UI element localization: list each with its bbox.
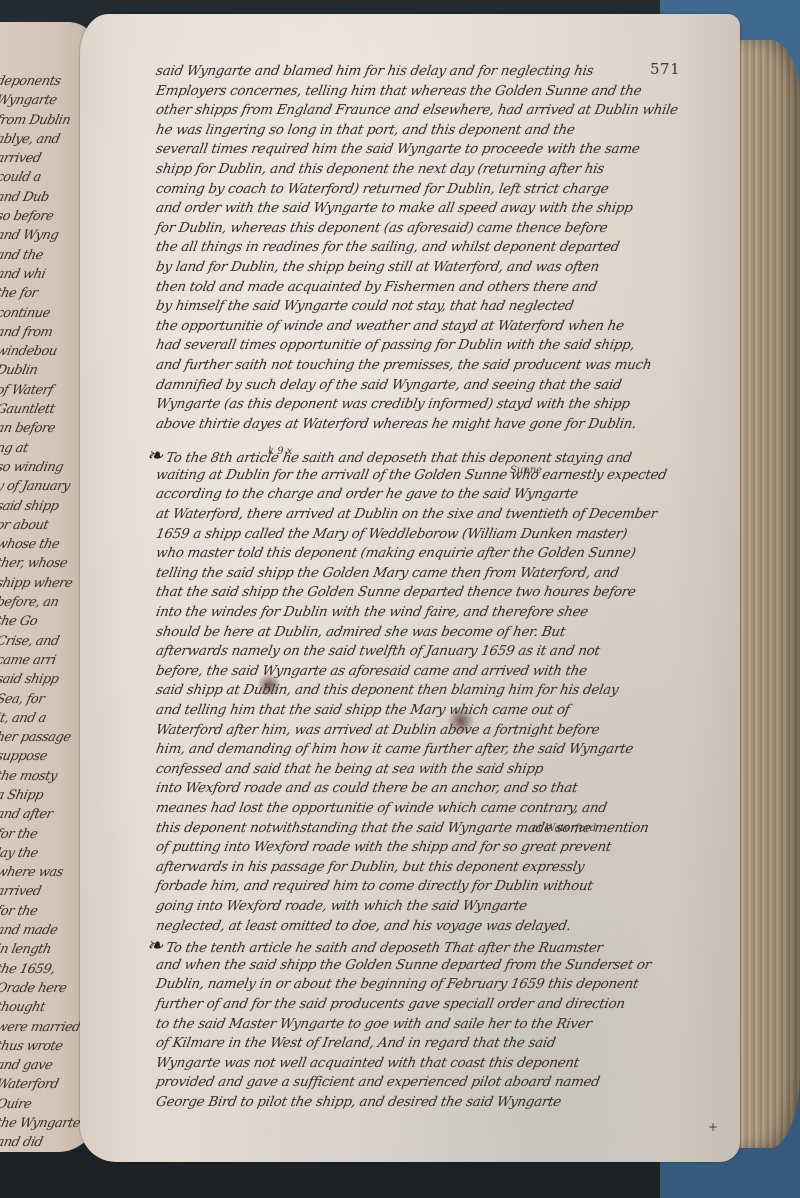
handwritten-line: and when the said shipp the Golden Sunne…: [146, 956, 729, 976]
handwritten-line: before, the said Wyngarte as aforesaid c…: [146, 662, 729, 682]
line-text: that the said shipp the Golden Sunne dep…: [155, 584, 637, 600]
marginal-note: k 9 x: [268, 446, 292, 457]
handwritten-line: Waterford after him, was arrived at Dubl…: [146, 721, 729, 741]
line-text: forbade him, and required him to come di…: [155, 878, 594, 894]
handwritten-line: shipp for Dublin, and this deponent the …: [146, 160, 729, 180]
line-text: the all things in readines for the saili…: [155, 239, 621, 255]
line-text: of Kilmare in the West of Ireland, And i…: [155, 1035, 557, 1051]
handwritten-line: into the windes for Dublin with the wind…: [146, 603, 729, 623]
handwritten-line: above thirtie dayes at Waterford whereas…: [146, 415, 729, 435]
line-text: Waterford after him, was arrived at Dubl…: [155, 722, 601, 738]
line-text: and order with the said Wyngarte to make…: [155, 200, 634, 216]
handwritten-line: severall times required him the said Wyn…: [146, 140, 729, 160]
interlinear-note: Sunne: [510, 465, 542, 476]
line-text: Wyngarte was not well acquainted with th…: [155, 1055, 581, 1071]
line-text: George Bird to pilot the shipp, and desi…: [155, 1094, 563, 1110]
handwritten-line: confessed and said that he being at sea …: [146, 760, 729, 780]
line-text: coming by coach to Waterford) returned f…: [155, 181, 610, 197]
handwritten-line: should be here at Dublin, admired she wa…: [146, 623, 729, 643]
handwritten-line: Wyngarte (as this deponent was credibly …: [146, 395, 729, 415]
handwritten-line: that the said shipp the Golden Sunne dep…: [146, 583, 729, 603]
line-text: waiting at Dublin for the arrivall of th…: [155, 467, 668, 483]
paragraph-flourish-icon: ❧: [146, 446, 166, 466]
handwritten-line: meanes had lost the opportunitie of wind…: [146, 799, 729, 819]
handwritten-line: going into Wexford roade, with which the…: [146, 897, 729, 917]
line-text: shipp for Dublin, and this deponent the …: [155, 161, 606, 177]
handwritten-line: and further saith not touching the premi…: [146, 356, 729, 376]
line-text: he was lingering so long in that port, a…: [155, 122, 576, 138]
line-text: to the said Master Wyngarte to goe with …: [155, 1016, 593, 1032]
handwritten-line: by land for Dublin, the shipp being stil…: [146, 258, 729, 278]
interlinear-note: at Waterford: [532, 823, 596, 834]
handwritten-line: of putting into Wexford roade with the s…: [146, 838, 729, 858]
handwritten-line: ❧To the tenth article he saith and depos…: [146, 936, 729, 956]
handwritten-line: George Bird to pilot the shipp, and desi…: [146, 1093, 729, 1113]
line-text: should be here at Dublin, admired she wa…: [155, 624, 567, 640]
handwritten-line: waiting at Dublin for the arrivall of th…: [146, 466, 729, 486]
line-text: who master told this deponent (making en…: [155, 545, 637, 561]
paragraph-2: ❧To the 8th article he saith and deposet…: [148, 446, 728, 936]
handwritten-line: and order with the said Wyngarte to make…: [146, 199, 729, 219]
line-text: him, and demanding of him how it came fu…: [155, 741, 635, 757]
line-text: before, the said Wyngarte as aforesaid c…: [155, 663, 588, 679]
handwritten-line: this deponent notwithstanding that the s…: [146, 819, 729, 839]
handwritten-line: afterwards namely on the said twelfth of…: [146, 642, 729, 662]
handwritten-line: and telling him that the said shipp the …: [146, 701, 729, 721]
handwritten-line: for Dublin, whereas this deponent (as af…: [146, 219, 729, 239]
line-text: damnified by such delay of the said Wyng…: [155, 377, 623, 393]
handwritten-line: said Wyngarte and blamed him for his del…: [146, 62, 729, 82]
line-text: afterwards namely on the said twelfth of…: [155, 643, 601, 659]
paragraph-1: said Wyngarte and blamed him for his del…: [148, 62, 728, 434]
handwritten-line: forbade him, and required him to come di…: [146, 877, 729, 897]
handwritten-line: ❧To the 8th article he saith and deposet…: [146, 446, 729, 466]
handwritten-line: Dublin, namely in or about the beginning…: [146, 975, 729, 995]
handwritten-line: other shipps from England Fraunce and el…: [146, 101, 729, 121]
line-text: To the 8th article he saith and deposeth…: [165, 450, 633, 466]
handwritten-line: telling the said shipp the Golden Mary c…: [146, 564, 729, 584]
handwritten-line: then told and made acquainted by Fisherm…: [146, 278, 729, 298]
handwritten-line: had severall times opportunitie of passi…: [146, 336, 729, 356]
handwritten-line: him, and demanding of him how it came fu…: [146, 740, 729, 760]
line-text: the opportunitie of winde and weather an…: [155, 318, 625, 334]
line-text: Dublin, namely in or about the beginning…: [155, 976, 640, 992]
handwritten-line: he was lingering so long in that port, a…: [146, 121, 729, 141]
line-text: 1659 a shipp called the Mary of Weddlebo…: [155, 526, 629, 542]
line-text: further of and for the said producents g…: [155, 996, 626, 1012]
line-text: other shipps from England Fraunce and el…: [155, 102, 679, 118]
manuscript-text: said Wyngarte and blamed him for his del…: [148, 62, 728, 1112]
handwritten-line: neglected, at least omitted to doe, and …: [146, 917, 729, 937]
handwritten-line: of Kilmare in the West of Ireland, And i…: [146, 1034, 729, 1054]
line-text: and telling him that the said shipp the …: [155, 702, 571, 718]
paragraph-flourish-icon: ❧: [146, 936, 166, 956]
line-text: provided and gave a sufficient and exper…: [155, 1074, 601, 1090]
line-text: above thirtie dayes at Waterford whereas…: [155, 416, 638, 432]
corner-mark: +: [708, 1120, 718, 1134]
handwritten-line: Wyngarte was not well acquainted with th…: [146, 1054, 729, 1074]
line-text: said Wyngarte and blamed him for his del…: [155, 63, 595, 79]
line-text: into Wexford roade and as could there be…: [155, 780, 579, 796]
line-text: of putting into Wexford roade with the s…: [155, 839, 613, 855]
line-text: then told and made acquainted by Fisherm…: [155, 279, 599, 295]
handwritten-line: to the said Master Wyngarte to goe with …: [146, 1015, 729, 1035]
line-text: said shipp at Dublin, and this deponent …: [155, 682, 620, 698]
handwritten-line: said shipp at Dublin, and this deponent …: [146, 681, 729, 701]
line-text: at Waterford, there arrived at Dublin on…: [155, 506, 659, 522]
handwritten-line: Employers concernes, telling him that wh…: [146, 82, 729, 102]
handwritten-line: according to the charge and order he gav…: [146, 485, 729, 505]
line-text: afterwards in his passage for Dublin, bu…: [155, 859, 586, 875]
line-text: To the tenth article he saith and depose…: [165, 940, 604, 956]
line-text: by himself the said Wyngarte could not s…: [155, 298, 575, 314]
handwritten-line: afterwards in his passage for Dublin, bu…: [146, 858, 729, 878]
handwritten-line: further of and for the said producents g…: [146, 995, 729, 1015]
handwritten-line: into Wexford roade and as could there be…: [146, 779, 729, 799]
handwritten-line: damnified by such delay of the said Wyng…: [146, 376, 729, 396]
line-text: and further saith not touching the premi…: [155, 357, 653, 373]
handwritten-line: at Waterford, there arrived at Dublin on…: [146, 505, 729, 525]
line-text: into the windes for Dublin with the wind…: [155, 604, 590, 620]
line-text: Wyngarte (as this deponent was credibly …: [155, 396, 631, 412]
line-text: and when the said shipp the Golden Sunne…: [155, 957, 653, 973]
handwritten-line: provided and gave a sufficient and exper…: [146, 1073, 729, 1093]
line-text: according to the charge and order he gav…: [155, 486, 580, 502]
paragraph-3: ❧To the tenth article he saith and depos…: [148, 936, 728, 1112]
handwritten-line: coming by coach to Waterford) returned f…: [146, 180, 729, 200]
handwritten-line: who master told this deponent (making en…: [146, 544, 729, 564]
line-text: confessed and said that he being at sea …: [155, 761, 545, 777]
line-text: severall times required him the said Wyn…: [155, 141, 641, 157]
line-text: neglected, at least omitted to doe, and …: [155, 918, 572, 934]
line-text: for Dublin, whereas this deponent (as af…: [155, 220, 609, 236]
line-text: telling the said shipp the Golden Mary c…: [155, 565, 620, 581]
handwritten-line: the opportunitie of winde and weather an…: [146, 317, 729, 337]
handwritten-line: by himself the said Wyngarte could not s…: [146, 297, 729, 317]
line-text: had severall times opportunitie of passi…: [155, 337, 636, 353]
handwritten-line: the all things in readines for the saili…: [146, 238, 729, 258]
handwritten-line: 1659 a shipp called the Mary of Weddlebo…: [146, 525, 729, 545]
line-text: meanes had lost the opportunitie of wind…: [155, 800, 608, 816]
line-text: going into Wexford roade, with which the…: [155, 898, 528, 914]
line-text: Employers concernes, telling him that wh…: [155, 83, 643, 99]
line-text: by land for Dublin, the shipp being stil…: [155, 259, 601, 275]
